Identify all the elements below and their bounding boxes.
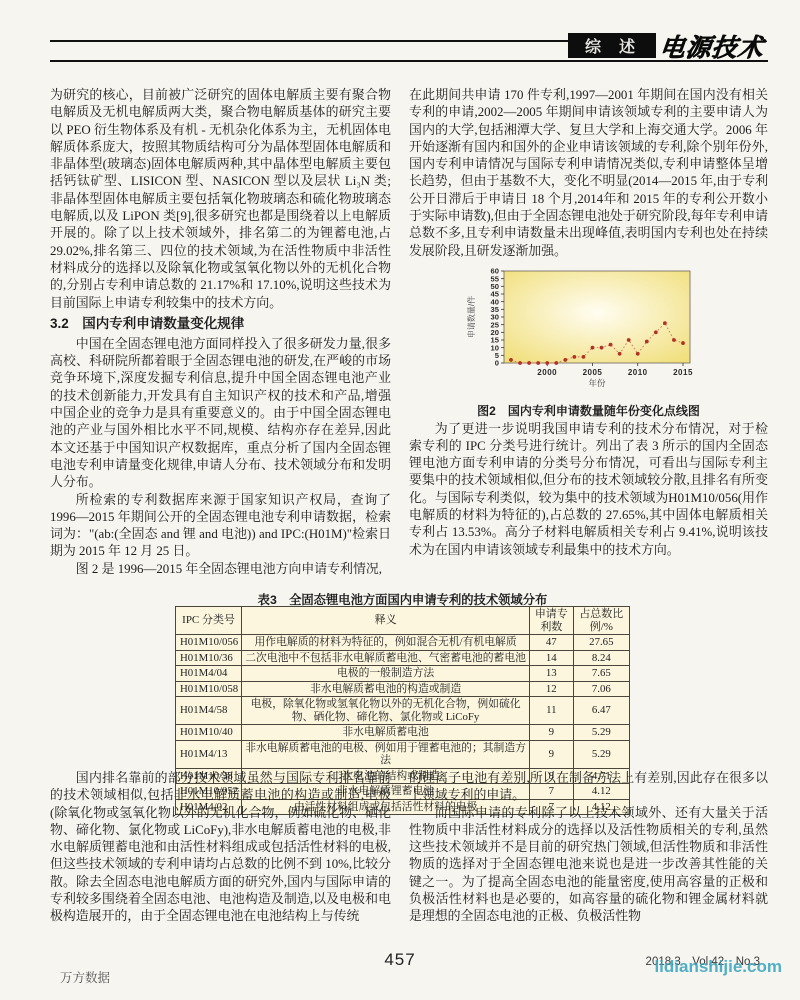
svg-text:申请数量/件: 申请数量/件 bbox=[466, 296, 476, 338]
svg-text:10: 10 bbox=[490, 343, 498, 352]
cell-pct: 5.29 bbox=[573, 740, 629, 768]
svg-text:55: 55 bbox=[490, 274, 499, 283]
cell-pct: 8.24 bbox=[573, 650, 629, 666]
section-tag: 综述 bbox=[568, 33, 656, 58]
svg-text:35: 35 bbox=[490, 305, 499, 314]
col-header-pct: 占总数比例/% bbox=[573, 607, 629, 635]
cell-ipc: H01M10/36 bbox=[176, 650, 242, 666]
cell-ipc: H01M10/056 bbox=[176, 635, 242, 651]
cell-count: 14 bbox=[529, 650, 573, 666]
table-header-row: IPC 分类号 释义 申请专利数 占总数比例/% bbox=[176, 607, 630, 635]
column-bottom-right: 的锂离子电池有差别,所以在制备方法上有差别,因此存在很多以上领域专利的申请。 而… bbox=[409, 770, 768, 926]
svg-text:25: 25 bbox=[490, 320, 499, 329]
cell-desc: 非水电解质蓄电池 bbox=[242, 725, 530, 741]
figure-2-caption: 图2 国内专利申请数量随年份变化点线图 bbox=[409, 403, 768, 420]
table-row: H01M4/04电极的一般制造方法137.65 bbox=[176, 666, 630, 682]
cell-desc: 二次电池中不包括非水电解质蓄电池、气密蓄电池的蓄电池 bbox=[242, 650, 530, 666]
cell-desc: 电极，除氧化物或氢氧化物以外的无机化合物，例如硫化物、硒化物、碲化物、氯化物或 … bbox=[242, 697, 530, 725]
figure-2: 0510152025303540455055602000200520102015… bbox=[409, 266, 768, 401]
paragraph: 为研究的核心，目前被广泛研究的固体电解质主要有聚合物电解质及无机电解质两大类，聚… bbox=[50, 87, 391, 312]
paragraph: 在此期间共申请 170 件专利,1997—2001 年期间在国内没有相关专利的申… bbox=[409, 87, 768, 260]
cell-count: 9 bbox=[529, 740, 573, 768]
paragraph: 中国在全固态锂电池方面同样投入了很多研发力量,很多高校、科研院所都着眼于全固态锂… bbox=[50, 336, 391, 492]
svg-text:年份: 年份 bbox=[588, 378, 606, 388]
patent-line-chart: 0510152025303540455055602000200520102015… bbox=[464, 266, 714, 396]
paragraph: 国内排名靠前的部分技术领域虽然与国际专利排名靠前的技术领域相似,包括非水电解质蓄… bbox=[50, 770, 391, 926]
col-header-desc: 释义 bbox=[242, 607, 530, 635]
svg-text:2015: 2015 bbox=[673, 368, 693, 377]
svg-text:0: 0 bbox=[494, 359, 498, 368]
paragraph: 为了更进一步说明我国申请专利的技术分布情况，对于检索专利的 IPC 分类号进行统… bbox=[409, 421, 768, 559]
paragraph: 所检索的专利数据库来源于国家知识产权局，查询了1996—2015 年期间公开的全… bbox=[50, 492, 391, 561]
svg-text:30: 30 bbox=[490, 313, 498, 322]
table-row: H01M10/36二次电池中不包括非水电解质蓄电池、气密蓄电池的蓄电池148.2… bbox=[176, 650, 630, 666]
journal-logo: 电源技术 bbox=[658, 28, 771, 60]
cell-pct: 27.65 bbox=[573, 635, 629, 651]
section-heading-3-2: 3.2 国内专利申请数量变化规律 bbox=[50, 315, 391, 333]
svg-text:2010: 2010 bbox=[627, 368, 647, 377]
cell-pct: 7.65 bbox=[573, 666, 629, 682]
cell-desc: 用作电解质的材料为特征的，例如混合无机/有机电解质 bbox=[242, 635, 530, 651]
journal-page: 综述 电源技术 为研究的核心，目前被广泛研究的固体电解质主要有聚合物电解质及无机… bbox=[0, 0, 800, 1000]
svg-text:5: 5 bbox=[494, 351, 499, 360]
col-header-count: 申请专利数 bbox=[529, 607, 573, 635]
column-bottom-left: 国内排名靠前的部分技术领域虽然与国际专利排名靠前的技术领域相似,包括非水电解质蓄… bbox=[50, 770, 391, 926]
svg-text:2000: 2000 bbox=[537, 368, 557, 377]
table-row: H01M10/40非水电解质蓄电池95.29 bbox=[176, 725, 630, 741]
cell-pct: 7.06 bbox=[573, 681, 629, 697]
svg-text:45: 45 bbox=[490, 290, 499, 299]
paragraph: 的锂离子电池有差别,所以在制备方法上有差别,因此存在很多以上领域专利的申请。 bbox=[409, 770, 768, 805]
cell-ipc: H01M4/13 bbox=[176, 740, 242, 768]
header-rule-top bbox=[50, 40, 568, 42]
cell-count: 9 bbox=[529, 725, 573, 741]
site-watermark: lidianshijie.com bbox=[654, 957, 782, 977]
svg-text:2005: 2005 bbox=[582, 368, 602, 377]
cell-ipc: H01M4/04 bbox=[176, 666, 242, 682]
paragraph: 而国际申请的专利除了以上技术领域外、还有大量关于活性物质中非活性材料成分的选择以… bbox=[409, 805, 768, 926]
table-row: H01M10/056用作电解质的材料为特征的，例如混合无机/有机电解质4727.… bbox=[176, 635, 630, 651]
cell-ipc: H01M10/40 bbox=[176, 725, 242, 741]
svg-text:50: 50 bbox=[490, 282, 498, 291]
table-row: H01M10/058非水电解质蓄电池的构造或制造127.06 bbox=[176, 681, 630, 697]
svg-text:40: 40 bbox=[490, 297, 498, 306]
svg-text:20: 20 bbox=[490, 328, 498, 337]
wanfang-watermark: 万方数据 bbox=[60, 968, 110, 986]
cell-ipc: H01M4/58 bbox=[176, 697, 242, 725]
cell-count: 11 bbox=[529, 697, 573, 725]
col-header-ipc: IPC 分类号 bbox=[176, 607, 242, 635]
table-row: H01M4/58电极，除氧化物或氢氧化物以外的无机化合物，例如硫化物、硒化物、碲… bbox=[176, 697, 630, 725]
svg-text:15: 15 bbox=[490, 336, 499, 345]
cell-ipc: H01M10/058 bbox=[176, 681, 242, 697]
cell-desc: 非水电解质蓄电池的电极、例如用于锂蓄电池的；其制造方法 bbox=[242, 740, 530, 768]
cell-count: 13 bbox=[529, 666, 573, 682]
cell-desc: 非水电解质蓄电池的构造或制造 bbox=[242, 681, 530, 697]
column-top-right: 在此期间共申请 170 件专利,1997—2001 年期间在国内没有相关专利的申… bbox=[409, 87, 768, 559]
cell-count: 47 bbox=[529, 635, 573, 651]
cell-pct: 6.47 bbox=[573, 697, 629, 725]
cell-count: 12 bbox=[529, 681, 573, 697]
paragraph: 图 2 是 1996—2015 年全固态锂电池方向申请专利情况, bbox=[50, 561, 391, 578]
table-row: H01M4/13非水电解质蓄电池的电极、例如用于锂蓄电池的；其制造方法95.29 bbox=[176, 740, 630, 768]
cell-desc: 电极的一般制造方法 bbox=[242, 666, 530, 682]
column-top-left: 为研究的核心，目前被广泛研究的固体电解质主要有聚合物电解质及无机电解质两大类，聚… bbox=[50, 87, 391, 578]
cell-pct: 5.29 bbox=[573, 725, 629, 741]
svg-text:60: 60 bbox=[490, 267, 498, 276]
